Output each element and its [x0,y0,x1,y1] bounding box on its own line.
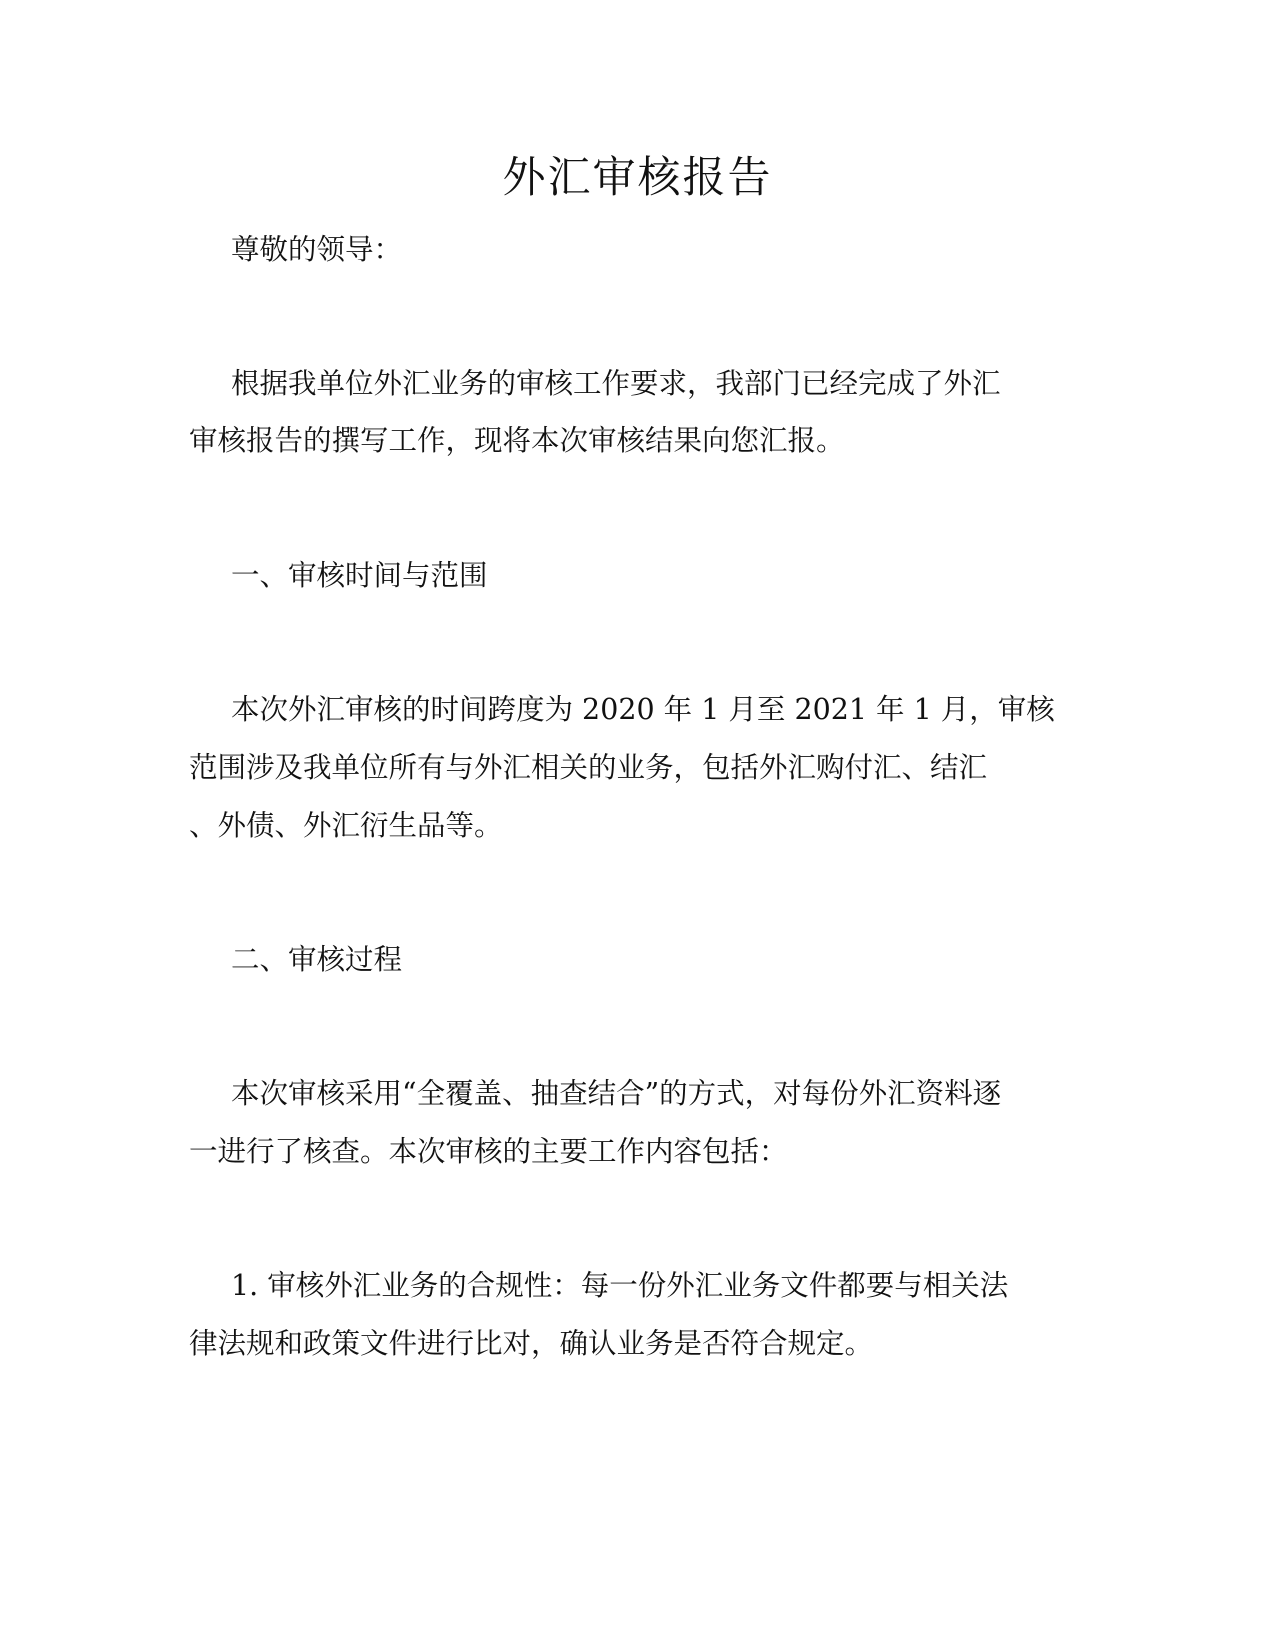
salutation: 尊敬的领导： [231,230,402,270]
item-1-line-1: 1. 审核外汇业务的合规性：每一份外汇业务文件都要与相关法 [231,1266,1008,1306]
intro-line-1: 根据我单位外汇业务的审核工作要求，我部门已经完成了外汇 [231,364,1001,404]
section-1-line-2: 范围涉及我单位所有与外汇相关的业务，包括外汇购付汇、结汇 [189,748,987,788]
item-1-line-2: 律法规和政策文件进行比对，确认业务是否符合规定。 [189,1324,873,1364]
document-title: 外汇审核报告 [0,148,1275,208]
intro-line-2: 审核报告的撰写工作，现将本次审核结果向您汇报。 [189,421,845,461]
section-1-line-1: 本次外汇审核的时间跨度为 2020 年 1 月至 2021 年 1 月，审核 [231,690,1055,730]
section-2-heading: 二、审核过程 [231,940,402,980]
section-1-heading: 一、审核时间与范围 [231,556,488,596]
section-2-line-2: 一进行了核查。本次审核的主要工作内容包括： [189,1132,788,1172]
section-2-line-1: 本次审核采用“全覆盖、抽查结合”的方式，对每份外汇资料逐 [231,1074,1001,1114]
document-page: 外汇审核报告 尊敬的领导： 根据我单位外汇业务的审核工作要求，我部门已经完成了外… [0,0,1275,1650]
section-1-line-3: 、外债、外汇衍生品等。 [189,806,503,846]
